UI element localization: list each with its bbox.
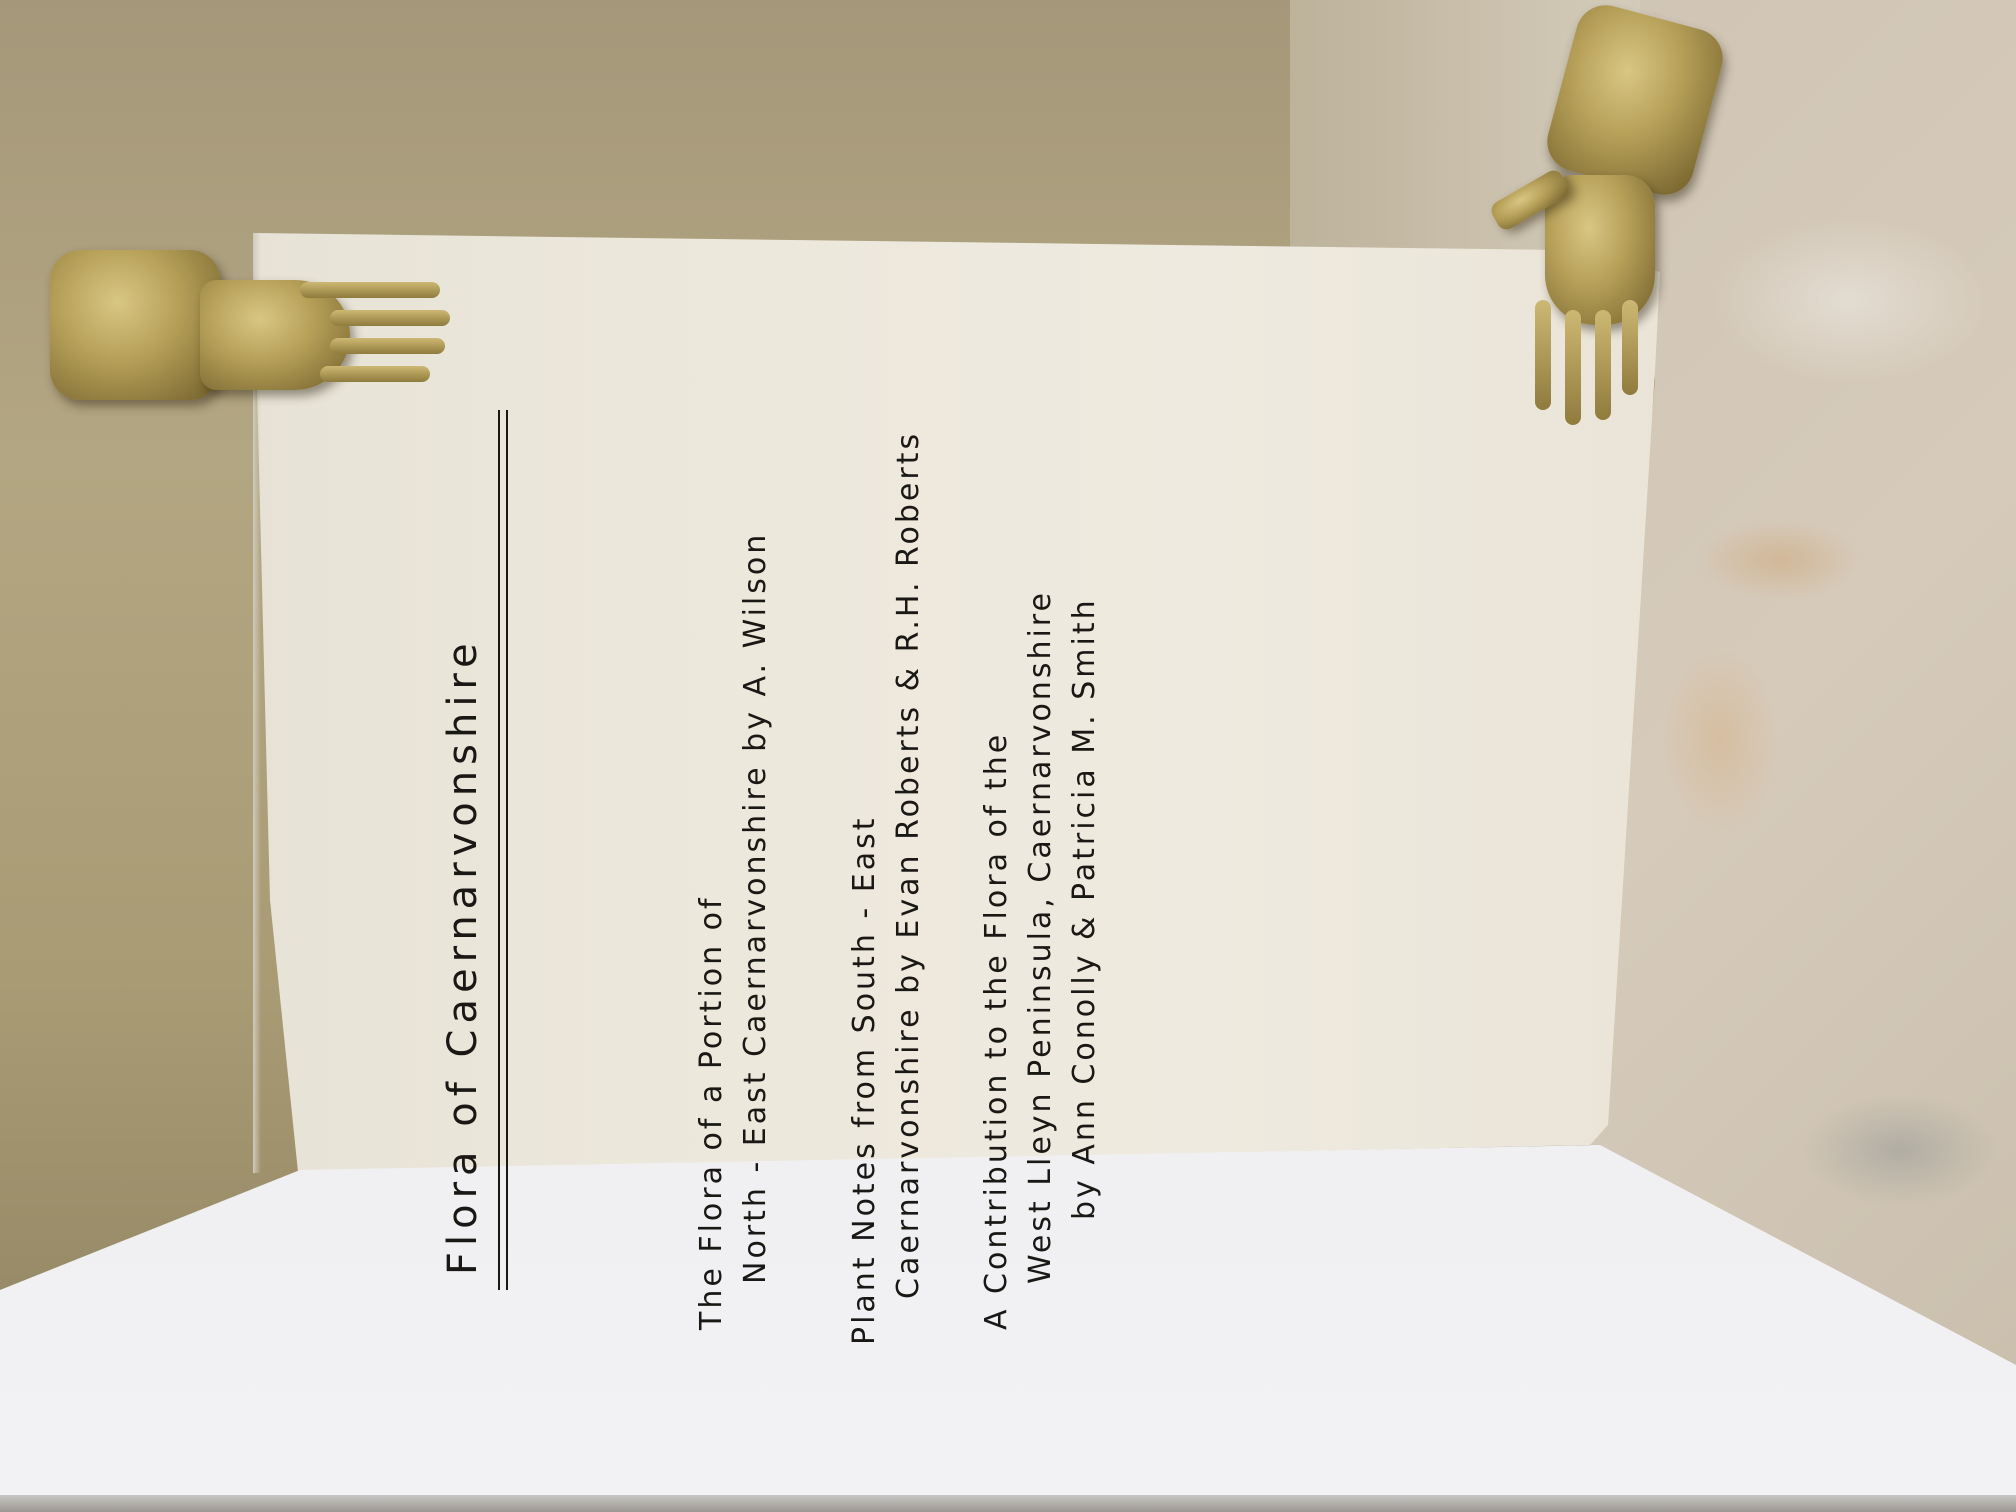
entry-3-line-3: by Ann Conolly & Patricia M. Smith — [1063, 590, 1107, 1330]
entry-3-line-2: West Lleyn Peninsula, Caernarvonshire — [1019, 590, 1063, 1330]
photo-scene: Flora of Caernarvonshire The Flora of a … — [0, 0, 2016, 1512]
entry-2-line-1: Plant Notes from South - East — [843, 431, 887, 1345]
title-double-underline — [498, 410, 508, 1290]
page-title: Flora of Caernarvonshire — [440, 637, 486, 1275]
entry-1-line-2: North - East Caernarvonshire by A. Wilso… — [734, 532, 778, 1330]
entry-3: A Contribution to the Flora of the West … — [975, 590, 1107, 1330]
card-bottom-edge — [0, 1495, 2016, 1512]
entry-1-line-1: The Flora of a Portion of — [690, 532, 734, 1330]
entry-1: The Flora of a Portion of North - East C… — [690, 532, 778, 1330]
entry-2: Plant Notes from South - East Caernarvon… — [843, 431, 931, 1345]
entry-3-line-1: A Contribution to the Flora of the — [975, 590, 1019, 1330]
entry-2-line-2: Caernarvonshire by Evan Roberts & R.H. R… — [887, 431, 931, 1345]
